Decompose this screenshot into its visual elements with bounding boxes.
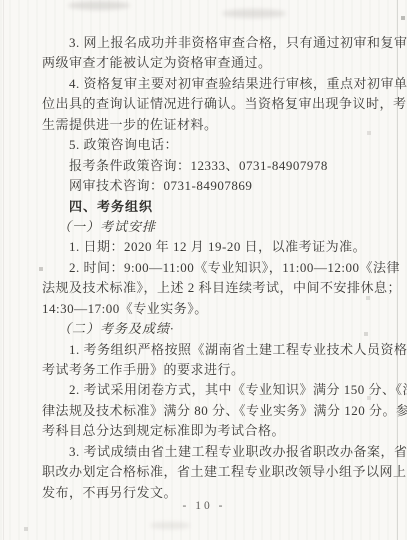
paragraph-line: 4. 资格复审主要对初审查验结果进行审核，重点对初审单: [42, 74, 366, 94]
paragraph-line: 2. 时间：9:00—11:00《专业知识》，11:00—12:00《法律: [42, 258, 366, 278]
paragraph-line: 生需提供进一步的佐证材料。: [42, 115, 366, 135]
scan-edge-line: [3, 0, 4, 540]
paragraph-line: 职改办划定合格标准，省土建工程专业职改领导小组予以网上: [42, 462, 366, 482]
paragraph-line: 法规及技术标准》，上述 2 科目连续考试，中间不安排休息；: [42, 278, 366, 298]
phone-policy-line: 报考条件政策咨询：12333、0731-84907978: [42, 156, 366, 176]
phone-tech-line: 网审技术咨询：0731-84907869: [42, 176, 366, 196]
paragraph-line: 位出具的查询认证情况进行确认。当资格复审出现争议时，考: [42, 94, 366, 114]
scan-smudge: [150, 522, 190, 529]
paragraph-line: 3. 考试成绩由省土建工程专业职改办报省职改办备案，省: [42, 442, 366, 462]
paragraph-line: 5. 政策咨询电话：: [42, 135, 366, 155]
paragraph-line: 14:30—17:00《专业实务》。: [42, 299, 366, 319]
scan-smudge: [68, 1, 130, 10]
paragraph-line: 考科目总分达到规定标准即为考试合格。: [42, 421, 366, 441]
scanned-document-page: 3. 网上报名成功并非资格审查合格，只有通过初审和复审 两级审查才能被认定为资格…: [0, 0, 407, 540]
paragraph-line: 1. 日期：2020 年 12 月 19-20 日，以准考证为准。: [42, 237, 366, 257]
scan-specks: [0, 0, 2, 2]
section-heading: 四、考务组织: [42, 197, 366, 217]
scan-smudge: [222, 9, 286, 18]
paragraph-line: 两级审查才能被认定为资格审查通过。: [42, 53, 366, 73]
paragraph-line: 3. 网上报名成功并非资格审查合格，只有通过初审和复审: [42, 33, 366, 53]
paragraph-line: 2. 考试采用闭卷方式，其中《专业知识》满分 150 分、《法: [42, 380, 366, 400]
paragraph-line: 律法规及技术标准》满分 80 分、《专业实务》满分 120 分。参: [42, 401, 366, 421]
subsection-heading: （一）考试安排: [42, 217, 366, 237]
document-body: 3. 网上报名成功并非资格审查合格，只有通过初审和复审 两级审查才能被认定为资格…: [42, 33, 366, 503]
paragraph-line: 1. 考务组织严格按照《湖南省土建工程专业技术人员资格: [42, 340, 366, 360]
paragraph-line: 考试考务工作手册》的要求进行。: [42, 360, 366, 380]
subsection-heading: （二）考务及成绩·: [42, 319, 366, 339]
page-number: - 10 -: [42, 500, 366, 512]
